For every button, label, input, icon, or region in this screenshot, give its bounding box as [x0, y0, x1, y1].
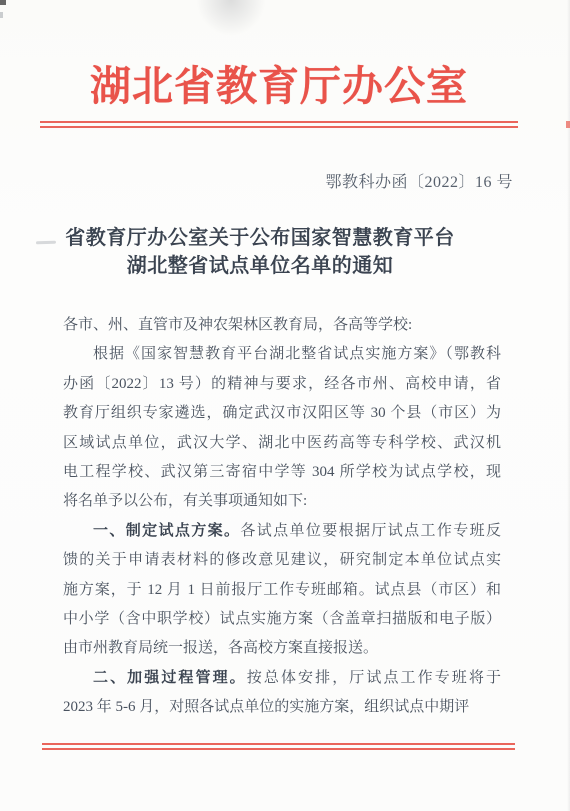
text-line: 教育厅组织专家遴选，确定武汉市汉阳区等 30 个县（市区）为 — [63, 399, 501, 428]
text-line: 根据《国家智慧教育平台湖北整省试点实施方案》（鄂教科 — [63, 340, 501, 369]
header-double-rule — [40, 121, 518, 128]
text-line: 将名单予以公布，有关事项通知如下: — [63, 487, 501, 516]
document-page: 湖北省教育厅办公室 鄂教科办函〔2022〕16 号 省教育厅办公室关于公布国家智… — [0, 0, 570, 811]
paragraph-3: 二、加强过程管理。按总体安排，厅试点工作专班将于2023 年 5-6 月，对照各… — [63, 664, 501, 723]
document-body: 各市、州、直管市及神农架林区教育局，各高等学校: 根据《国家智慧教育平台湖北整省… — [63, 311, 501, 723]
text-line: 施方案，于 12 月 1 日前报厅工作专班邮箱。试点县（市区）和 — [63, 576, 501, 605]
footer-double-rule — [42, 743, 515, 750]
text-line: 2023 年 5-6 月，对照各试点单位的实施方案，组织试点中期评 — [63, 693, 501, 722]
scan-speck — [0, 0, 6, 5]
text-line: 区域试点单位，武汉大学、湖北中医药高等专科学校、武汉机 — [63, 429, 501, 458]
text-line: 一、制定试点方案。各试点单位要根据厅试点工作专班反 — [63, 517, 501, 546]
text-line: 由市州教育局统一报送，各高校方案直接报送。 — [63, 634, 501, 663]
paragraph-1: 根据《国家智慧教育平台湖北整省试点实施方案》（鄂教科办函〔2022〕13 号）的… — [63, 340, 501, 516]
text-line: 二、加强过程管理。按总体安排，厅试点工作专班将于 — [63, 664, 501, 693]
paragraph-lead: 一、制定试点方案。 — [93, 523, 240, 539]
scan-speck-small — [0, 12, 3, 18]
title-line-1: 省教育厅办公室关于公布国家智慧教育平台 — [40, 224, 480, 252]
text-line: 中小学（含中职学校）试点实施方案（含盖章扫描版和电子版） — [63, 605, 501, 634]
salutation: 各市、州、直管市及神农架林区教育局，各高等学校: — [63, 311, 501, 340]
agency-name: 湖北省教育厅办公室 — [0, 62, 558, 110]
title-line-2: 湖北整省试点单位名单的通知 — [40, 252, 480, 280]
document-title: 省教育厅办公室关于公布国家智慧教育平台 湖北整省试点单位名单的通知 — [40, 224, 480, 280]
scan-smudge — [196, 0, 266, 36]
text-line: 馈的关于申请表材料的修改意见建议，研究制定本单位试点实 — [63, 546, 501, 575]
text-line: 电工程学校、武汉第三寄宿中学等 304 所学校为试点学校，现 — [63, 458, 501, 487]
text-line: 办函〔2022〕13 号）的精神与要求，经各市州、高校申请，省 — [63, 370, 501, 399]
paragraph-lead: 二、加强过程管理。 — [93, 670, 247, 686]
document-number: 鄂教科办函〔2022〕16 号 — [325, 169, 513, 192]
paragraph-2: 一、制定试点方案。各试点单位要根据厅试点工作专班反馈的关于申请表材料的修改意见建… — [63, 517, 501, 664]
scan-red-bleed — [566, 121, 570, 128]
